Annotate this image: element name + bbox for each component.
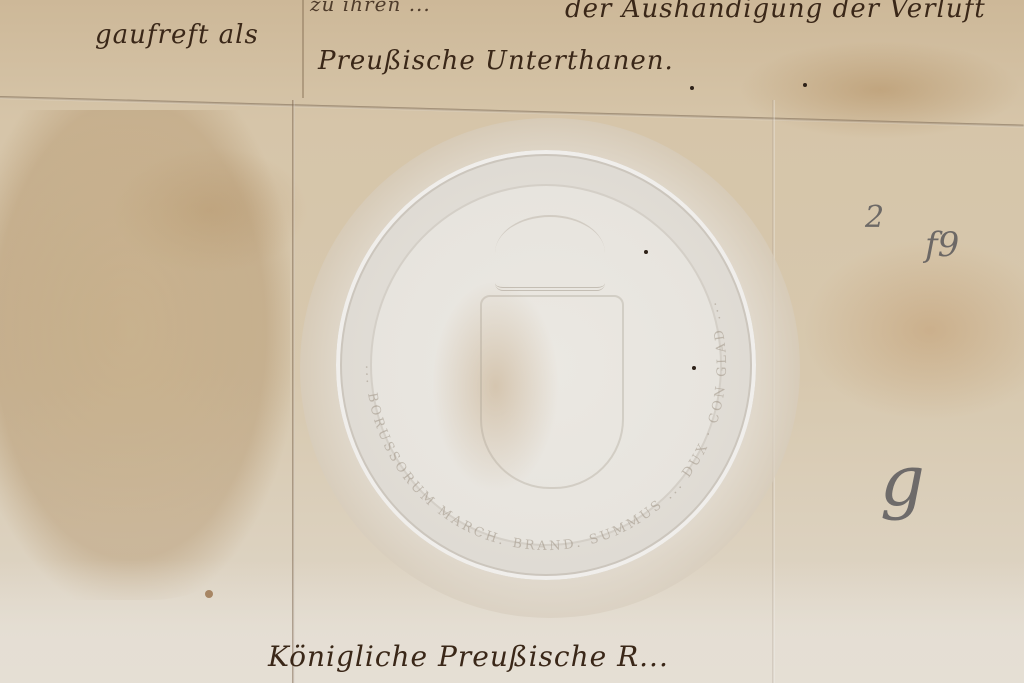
handwriting-top-left: gaufreft als — [95, 20, 259, 50]
handwriting-second-line: Preußische Unterthanen. — [318, 46, 674, 76]
pencil-mark-3: g — [880, 440, 925, 522]
ink-speck — [803, 83, 807, 87]
handwriting-partial-top: zu ihren ... — [310, 0, 431, 16]
pencil-mark-1: 2 — [865, 200, 884, 235]
pencil-mark-2: f9 — [925, 225, 959, 265]
top-vertical-fold — [302, 0, 304, 98]
svg-text:... BORUSSORUM MARCH. BRAND. S: ... BORUSSORUM MARCH. BRAND. SUMMUS ... … — [362, 298, 730, 554]
vertical-fold-left — [292, 100, 295, 683]
ink-speck — [690, 86, 694, 90]
handwriting-bottom: Königliche Preußische R... — [268, 640, 669, 673]
ink-speck — [644, 250, 648, 254]
seal-inscription-text: ... BORUSSORUM MARCH. BRAND. SUMMUS ... … — [362, 298, 730, 554]
ink-speck — [692, 366, 696, 370]
water-stain-left — [0, 110, 290, 600]
handwriting-top-right: der Aushändigung der Verluft — [565, 0, 986, 24]
seal-inscription: ... BORUSSORUM MARCH. BRAND. SUMMUS ... … — [336, 150, 756, 580]
stain-spot — [205, 590, 213, 598]
